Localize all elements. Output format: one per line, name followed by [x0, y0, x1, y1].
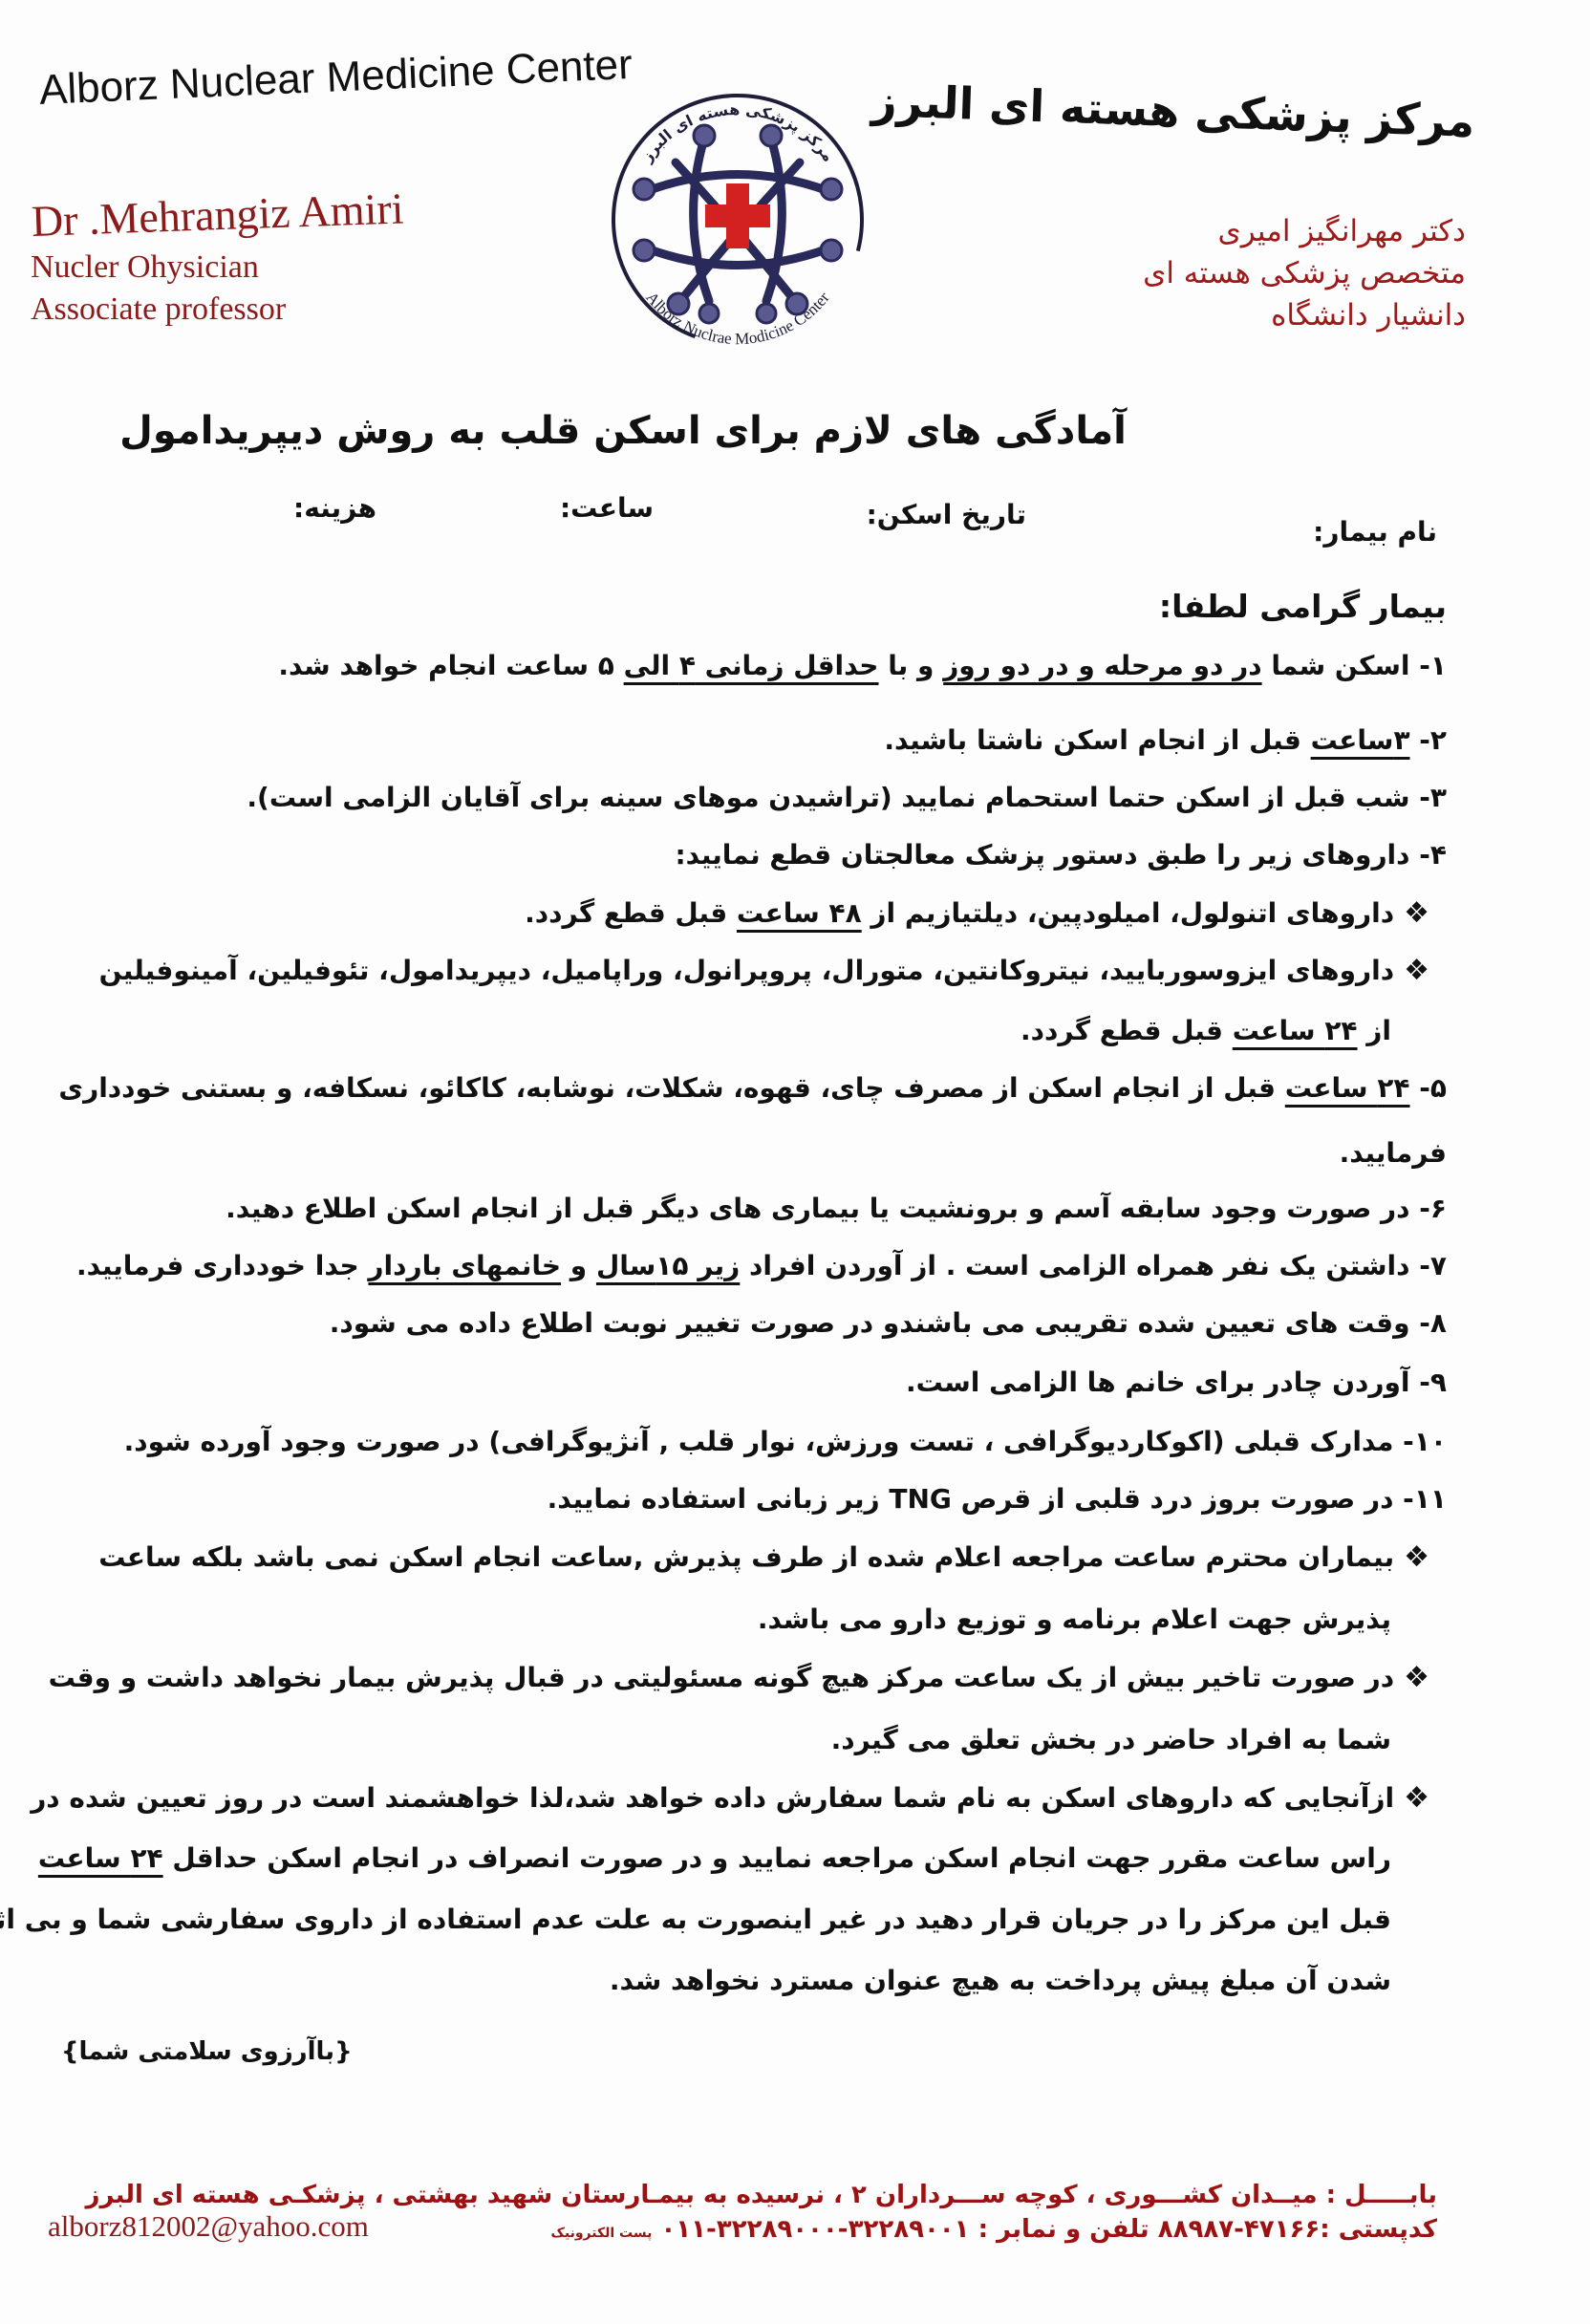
center-name-english: Alborz Nuclear Medicine Center	[38, 41, 634, 115]
diamond-bullet-icon: ❖	[1404, 954, 1429, 987]
instruction-item-3: ۳- شب قبل از اسکن حتما استحمام نمایید (ت…	[247, 782, 1447, 813]
email-label: پست الکترونیک	[551, 2226, 653, 2241]
closing-wish: {باآرزوی سلامتی شما}	[61, 2037, 353, 2066]
medication-bullet-1: ❖داروهای اتنولول، امیلودپین، دیلتیازیم ا…	[525, 896, 1429, 930]
diamond-bullet-icon: ❖	[1404, 1540, 1429, 1574]
instruction-item-11: ۱۱- در صورت بروز درد قلبی از قرص TNG زیر…	[548, 1483, 1447, 1515]
center-name-persian: مرکز پزشکی هسته ای البرز	[870, 75, 1475, 147]
email-address: alborz812002@yahoo.com	[48, 2209, 369, 2244]
instruction-item-2: ۲- ۳ساعت قبل از انجام اسکن ناشتا باشید.	[884, 724, 1447, 756]
doctor-name-persian: دکتر مهرانگیز امیری	[1143, 210, 1466, 252]
diamond-bullet-icon: ❖	[1404, 896, 1429, 930]
note-bullet-3-cont-1: راس ساعت مقرر جهت انجام اسکن مراجعه نمای…	[38, 1842, 1391, 1874]
instruction-item-7: ۷- داشتن یک نفر همراه الزامی است . از آو…	[76, 1250, 1447, 1281]
postal-phone: کدپستی :۴۷۱۶۶-۸۸۹۸۷ تلفن و نمابر : ۳۲۲۸۹…	[660, 2215, 1437, 2244]
instruction-item-1: ۱- اسکن شما در دو مرحله و در دو روز و با…	[278, 650, 1447, 681]
diamond-bullet-icon: ❖	[1404, 1781, 1429, 1815]
instruction-item-6: ۶- در صورت وجود سابقه آسم و برونشیت یا ب…	[226, 1193, 1447, 1224]
medication-bullet-2-cont: از ۲۴ ساعت قبل قطع گردد.	[1021, 1015, 1391, 1046]
doctor-title-english-1: Nucler Ohysician	[31, 247, 403, 289]
footer-contact: کدپستی :۴۷۱۶۶-۸۸۹۸۷ تلفن و نمابر : ۳۲۲۸۹…	[551, 2215, 1437, 2244]
time-field-label: ساعت:	[560, 492, 654, 524]
instruction-item-10: ۱۰- مدارک قبلی (اکوکاردیوگرافی ، تست ورز…	[124, 1426, 1447, 1457]
note-bullet-3-cont-2: قبل این مرکز را در جریان قرار دهید در غی…	[0, 1904, 1391, 1935]
cost-field-label: هزینه:	[293, 492, 376, 524]
instruction-item-5: ۵- ۲۴ ساعت قبل از انجام اسکن از مصرف چای…	[58, 1072, 1447, 1104]
svg-text:مرکز پزشکی هسته ای البرز: مرکز پزشکی هسته ای البرز	[637, 100, 838, 166]
note-bullet-1: ❖بیماران محترم ساعت مراجعه اعلام شده از …	[98, 1540, 1429, 1574]
medication-bullet-2: ❖داروهای ایزوسوربایید، نیتروکانتین، متور…	[99, 954, 1429, 987]
doctor-title-english-2: Associate professor	[31, 289, 403, 331]
doctor-title-persian-1: متخصص پزشکی هسته ای	[1143, 252, 1466, 294]
scan-date-field-label: تاریخ اسکن:	[867, 499, 1026, 530]
doctor-info-persian: دکتر مهرانگیز امیری متخصص پزشکی هسته ای …	[1143, 210, 1466, 336]
note-bullet-2: ❖در صورت تاخیر بیش از یک ساعت مرکز هیچ گ…	[49, 1661, 1429, 1694]
atom-with-red-cross-logo-icon: مرکز پزشکی هسته ای البرز Alborz Nuclrae …	[594, 76, 881, 363]
instruction-item-4: ۴- داروهای زیر را طبق دستور پزشک معالجتا…	[675, 839, 1447, 871]
note-bullet-3-cont-3: شدن آن مبلغ پیش پرداخت به هیچ عنوان مستر…	[610, 1965, 1391, 1996]
note-bullet-1-cont: پذیرش جهت اعلام برنامه و توزیع دارو می ب…	[758, 1603, 1391, 1635]
diamond-bullet-icon: ❖	[1404, 1661, 1429, 1694]
note-bullet-2-cont: شما به افراد حاضر در بخش تعلق می گیرد.	[831, 1724, 1391, 1755]
doctor-name-english: Dr .Mehrangiz Amiri	[31, 183, 404, 247]
salutation: بیمار گرامی لطفا:	[1159, 588, 1447, 625]
instruction-item-5-cont: فرمایید.	[1340, 1137, 1447, 1169]
document-title: آمادگی های لازم برای اسکن قلب به روش دیپ…	[0, 409, 1590, 453]
footer-address: بابـــــل : میــدان کشـــوری ، کوچه ســـ…	[86, 2181, 1437, 2209]
note-bullet-3: ❖ازآنجایی که داروهای اسکن به نام شما سفا…	[31, 1781, 1429, 1815]
patient-name-field-label: نام بیمار:	[1313, 516, 1437, 548]
doctor-info-english: Dr .Mehrangiz Amiri Nucler Ohysician Ass…	[31, 196, 403, 331]
instruction-item-9: ۹- آوردن چادر برای خانم ها الزامی است.	[906, 1366, 1447, 1398]
doctor-title-persian-2: دانشیار دانشگاه	[1143, 294, 1466, 336]
instruction-item-8: ۸- وقت های تعیین شده تقریبی می باشندو در…	[330, 1307, 1447, 1339]
